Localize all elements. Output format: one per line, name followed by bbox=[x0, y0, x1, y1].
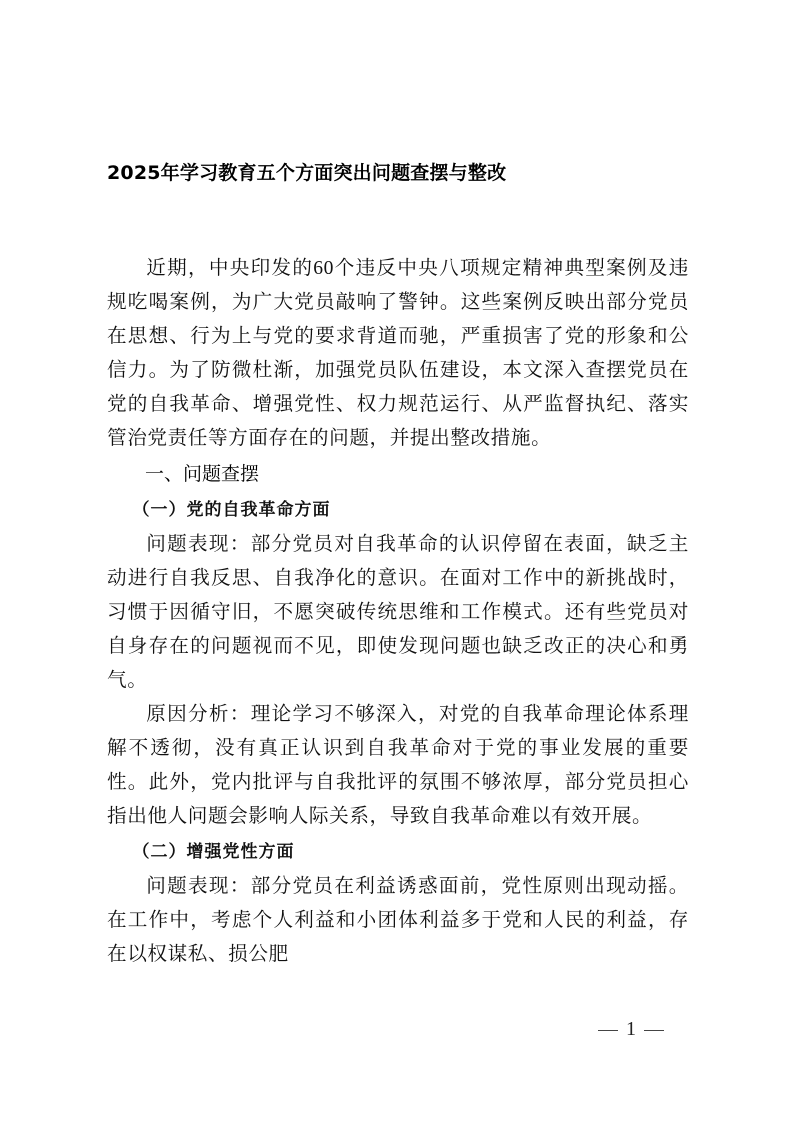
footer-dash-left bbox=[598, 1030, 618, 1031]
document-title: 2025年学习教育五个方面突出问题查摆与整改 bbox=[107, 158, 506, 185]
paragraph-problem-manifestation-1: 问题表现：部分党员对自我革命的认识停留在表面，缺乏主动进行自我反思、自我净化的意… bbox=[107, 528, 689, 698]
section-heading-problem-review: 一、问题查摆 bbox=[107, 456, 689, 492]
page-number: 1 bbox=[626, 1018, 636, 1040]
intro-paragraph: 近期，中央印发的60个违反中央八项规定精神典型案例及违规吃喝案例，为广大党员敲响… bbox=[107, 252, 689, 456]
footer-dash-right bbox=[644, 1030, 664, 1031]
subsection-heading-party-spirit: （二）增强党性方面 bbox=[107, 834, 689, 870]
document-page: 2025年学习教育五个方面突出问题查摆与整改 近期，中央印发的60个违反中央八项… bbox=[0, 0, 794, 1122]
subsection-heading-self-revolution: （一）党的自我革命方面 bbox=[107, 492, 689, 528]
paragraph-cause-analysis-1: 原因分析：理论学习不够深入，对党的自我革命理论体系理解不透彻，没有真正认识到自我… bbox=[107, 698, 689, 834]
paragraph-problem-manifestation-2: 问题表现：部分党员在利益诱惑面前，党性原则出现动摇。在工作中，考虑个人利益和小团… bbox=[107, 870, 689, 972]
document-body: 近期，中央印发的60个违反中央八项规定精神典型案例及违规吃喝案例，为广大党员敲响… bbox=[107, 252, 689, 972]
page-footer: 1 bbox=[590, 1018, 672, 1041]
